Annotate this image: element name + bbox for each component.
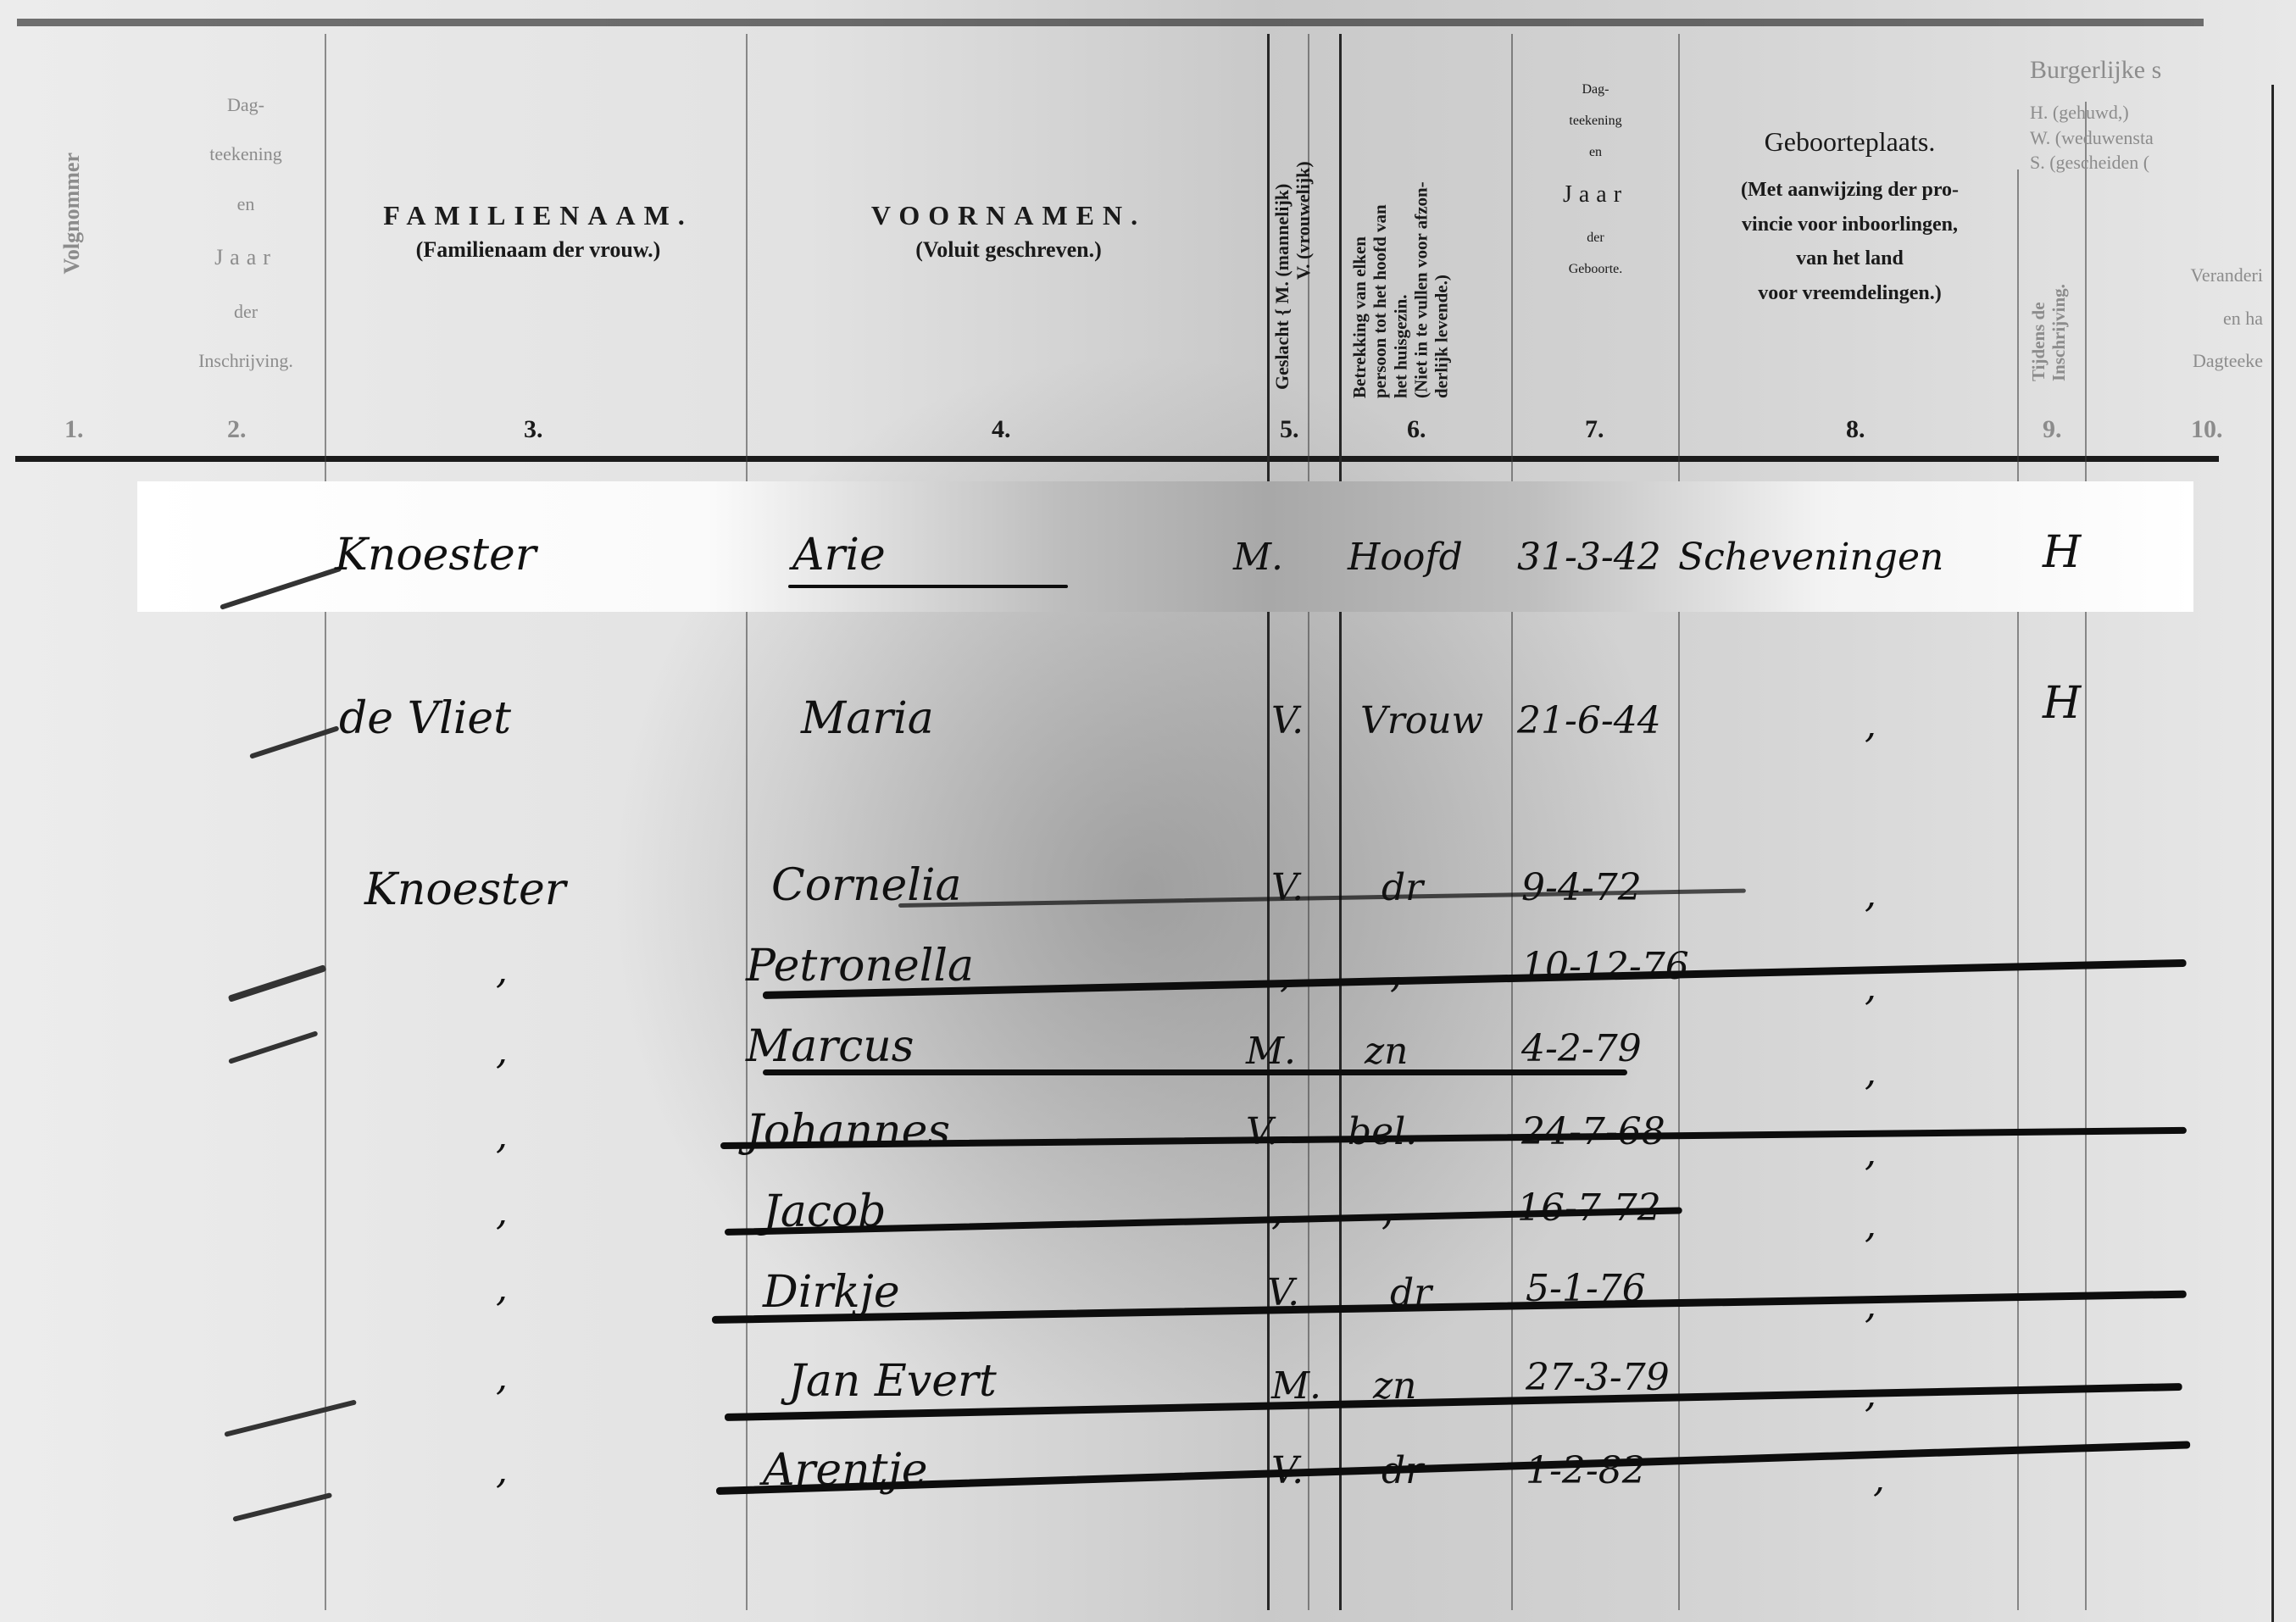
entry-1-geboorteplaats: Scheveningen — [1678, 536, 1943, 579]
entry-4-voornamen: Petronella — [746, 941, 974, 992]
entry-1-underline — [788, 585, 1068, 588]
entry-7-betrekking: , — [1381, 1191, 1393, 1234]
header-geslacht: Geslacht { M. (mannelijk) — [1271, 76, 1293, 390]
entry-8-familienaam: , — [496, 1267, 508, 1310]
colnum-7: 7. — [1585, 415, 1604, 444]
entry-7-familienaam: , — [496, 1191, 508, 1234]
entry-5-strikethrough — [763, 1069, 1627, 1075]
col-divider — [746, 34, 748, 1610]
col-divider — [1678, 34, 1680, 1610]
top-rule — [17, 19, 2204, 26]
entry-1-geboorte: 31-3-42 — [1517, 536, 1661, 579]
entry-4-familienaam: , — [496, 949, 508, 992]
colnum-8: 8. — [1846, 415, 1865, 444]
entry-5-geslacht: M. — [1246, 1030, 1296, 1073]
entry-6-geboorteplaats: , — [1865, 1131, 1876, 1175]
entry-8-geboorteplaats: , — [1865, 1284, 1876, 1327]
entry-10-geboorte: 1-2-82 — [1526, 1449, 1646, 1492]
col-divider — [1511, 34, 1513, 1610]
header-dagteekening-geboorte: Dag- teekening en Jaar der Geboorte. — [1517, 75, 1674, 285]
header-familienaam: FAMILIENAAM. (Familienaam der vrouw.) — [339, 197, 737, 265]
entry-8-voornamen: Dirkje — [763, 1267, 900, 1318]
entry-1-geslacht: M. — [1233, 536, 1283, 579]
col-divider — [1339, 34, 1342, 1610]
header-voornamen: VOORNAMEN. (Voluit geschreven.) — [763, 197, 1254, 265]
entry-6-betrekking: bel. — [1348, 1110, 1417, 1153]
entry-6-geboorte: 24-7-68 — [1521, 1110, 1665, 1153]
col-divider — [2085, 102, 2087, 1610]
entry-3-geboorteplaats: , — [1865, 873, 1876, 916]
entry-3-geslacht: V. — [1271, 866, 1304, 909]
entry-2-betrekking: Vrouw — [1360, 699, 1483, 742]
entry-8-strikethrough — [712, 1291, 2187, 1324]
entry-5-voornamen: Marcus — [746, 1021, 914, 1072]
entry-2-geboorte: 21-6-44 — [1517, 699, 1661, 742]
header-tijdens-inschrijving: Tijdens de Inschrijving. — [2028, 229, 2069, 381]
entry-6-voornamen: Johannes — [746, 1106, 950, 1157]
entry-5-betrekking: zn — [1365, 1030, 1409, 1073]
entry-10-strikethrough — [716, 1441, 2190, 1495]
entry-dash-mark — [224, 1399, 357, 1437]
header-volgnommer: Volgnommer — [59, 153, 85, 274]
page-edge — [2271, 85, 2274, 1622]
entry-3-betrekking: dr — [1381, 866, 1423, 909]
entry-5-familienaam: , — [496, 1030, 508, 1073]
entry-3-familienaam: Knoester — [364, 864, 566, 915]
entry-2-burgerlijke-staat: H — [2043, 678, 2081, 729]
entry-2-geslacht: V. — [1271, 699, 1304, 742]
header-geboorteplaats: Geboorteplaats. (Met aanwijzing der pro-… — [1687, 123, 2013, 311]
entry-10-geboorteplaats: , — [1873, 1458, 1885, 1501]
entry-1-burgerlijke-staat: H — [2043, 527, 2081, 578]
entry-2-familienaam: de Vliet — [339, 693, 511, 744]
entry-crossed-mark — [228, 964, 327, 1003]
entry-2-geboorteplaats: , — [1865, 703, 1876, 747]
entry-1-betrekking: Hoofd — [1348, 536, 1463, 579]
header-dagteekening-inschrijving: Dag- teekening en Jaar der Inschrijving. — [174, 81, 318, 386]
entry-3-geboorte: 9-4-72 — [1521, 866, 1642, 909]
entry-6-familienaam: , — [496, 1114, 508, 1158]
colnum-5: 5. — [1280, 415, 1299, 444]
entry-4-strikethrough — [763, 959, 2187, 999]
header-burgerlijke-staat: Burgerlijke s H. (gehuwd,) W. (weduwenst… — [2030, 53, 2284, 175]
entry-6-geslacht: V. — [1246, 1110, 1278, 1153]
entry-dash-mark — [228, 1030, 318, 1064]
entry-4-betrekking: , — [1390, 953, 1402, 997]
entry-4-geboorte: 10-12-76 — [1521, 945, 1689, 988]
register-page: Volgnommer 1. Dag- teekening en Jaar der… — [0, 0, 2296, 1622]
header-geslacht-v: V. (vrouwelijk) — [1293, 76, 1314, 280]
entry-4-geslacht: , — [1280, 953, 1292, 997]
colnum-9: 9. — [2043, 415, 2062, 444]
entry-1-familienaam: Knoester — [335, 530, 536, 580]
colnum-3: 3. — [524, 415, 543, 444]
entry-2-voornamen: Maria — [801, 693, 934, 744]
entry-10-familienaam: , — [496, 1449, 508, 1492]
entry-9-voornamen: Jan Evert — [788, 1356, 997, 1407]
entry-7-geboorteplaats: , — [1865, 1203, 1876, 1247]
entry-1-voornamen: Arie — [792, 530, 886, 580]
colnum-1: 1. — [64, 415, 84, 444]
header-bottom-rule — [15, 456, 2219, 462]
colnum-10: 10. — [2191, 415, 2223, 444]
header-veranderingen: Veranderi en ha Dagteeke — [2102, 254, 2263, 383]
header-betrekking: Betrekking van elken persoon tot het hoo… — [1349, 42, 1452, 398]
entry-5-geboorte: 4-2-79 — [1521, 1027, 1642, 1070]
colnum-6: 6. — [1407, 415, 1426, 444]
entry-9-familienaam: , — [496, 1356, 508, 1399]
col-divider — [1267, 34, 1270, 1610]
colnum-2: 2. — [227, 415, 247, 444]
col-divider — [325, 34, 326, 1610]
entry-9-geboorte: 27-3-79 — [1526, 1356, 1670, 1399]
colnum-4: 4. — [992, 415, 1011, 444]
entry-dash-mark — [232, 1492, 332, 1522]
entry-5-geboorteplaats: , — [1865, 1051, 1876, 1094]
entry-7-geslacht: , — [1271, 1191, 1283, 1234]
